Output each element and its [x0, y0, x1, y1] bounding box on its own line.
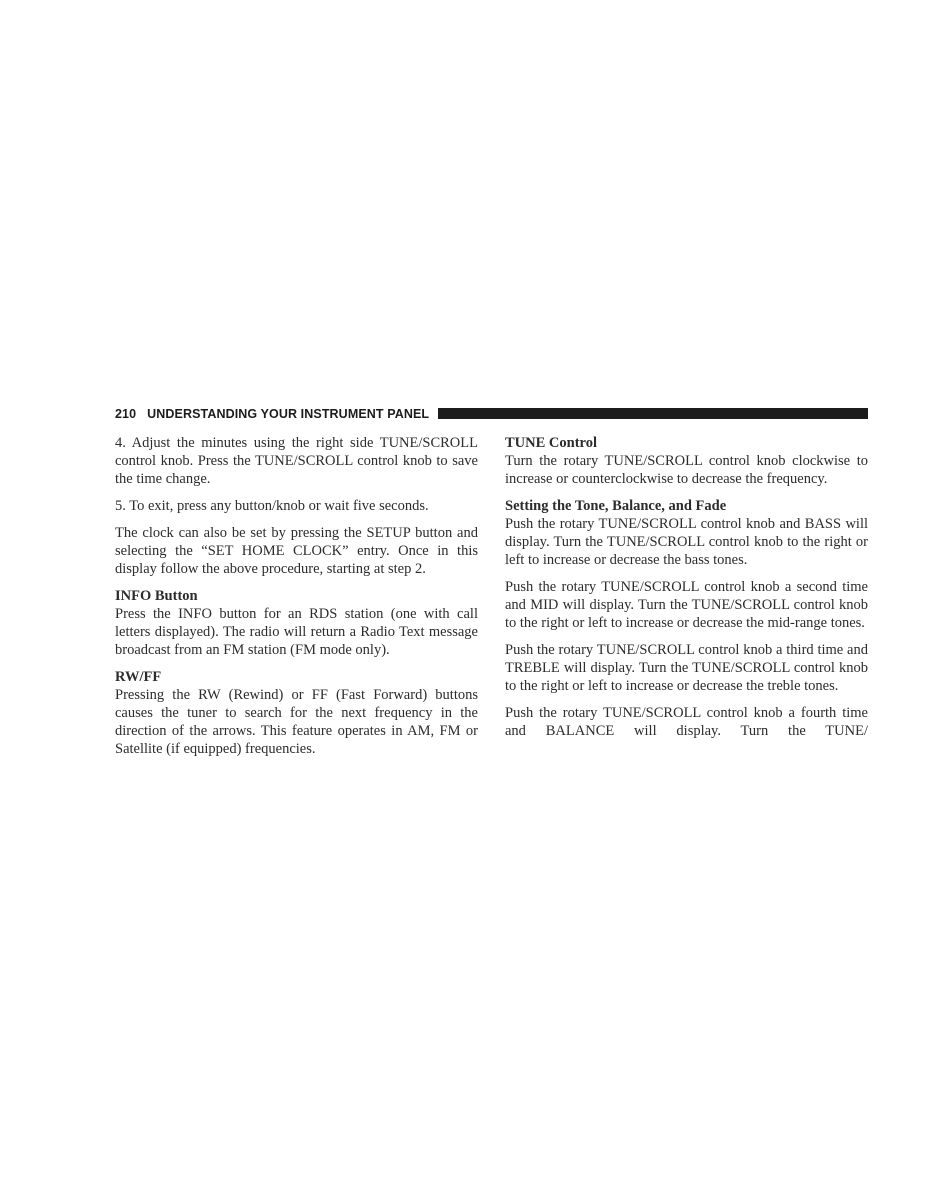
- paragraph-step-4: 4. Adjust the minutes using the right si…: [115, 434, 478, 488]
- right-column: TUNE Control Turn the rotary TUNE/SCROLL…: [505, 434, 868, 758]
- page-number: 210: [115, 407, 136, 421]
- left-column: 4. Adjust the minutes using the right si…: [115, 434, 478, 758]
- paragraph-balance: Push the rotary TUNE/SCROLL control knob…: [505, 704, 868, 740]
- heading-tone-balance-fade: Setting the Tone, Balance, and Fade: [505, 497, 868, 515]
- paragraph-bass: Push the rotary TUNE/SCROLL control knob…: [505, 515, 868, 569]
- paragraph-treble: Push the rotary TUNE/SCROLL control knob…: [505, 641, 868, 695]
- paragraph-mid: Push the rotary TUNE/SCROLL control knob…: [505, 578, 868, 632]
- paragraph-clock-note: The clock can also be set by pressing th…: [115, 524, 478, 578]
- page-header-title: UNDERSTANDING YOUR INSTRUMENT PANEL: [147, 407, 429, 421]
- manual-page: 210 UNDERSTANDING YOUR INSTRUMENT PANEL …: [0, 0, 927, 1200]
- header-rule-bar: [438, 408, 868, 419]
- paragraph-info-button: Press the INFO button for an RDS station…: [115, 605, 478, 659]
- paragraph-rw-ff: Pressing the RW (Rewind) or FF (Fast For…: [115, 686, 478, 758]
- paragraph-tune-control: Turn the rotary TUNE/SCROLL control knob…: [505, 452, 868, 488]
- text-columns: 4. Adjust the minutes using the right si…: [115, 434, 868, 758]
- heading-rw-ff: RW/FF: [115, 668, 478, 686]
- page-header: 210 UNDERSTANDING YOUR INSTRUMENT PANEL: [115, 404, 868, 423]
- paragraph-step-5: 5. To exit, press any button/knob or wai…: [115, 497, 478, 515]
- heading-tune-control: TUNE Control: [505, 434, 868, 452]
- heading-info-button: INFO Button: [115, 587, 478, 605]
